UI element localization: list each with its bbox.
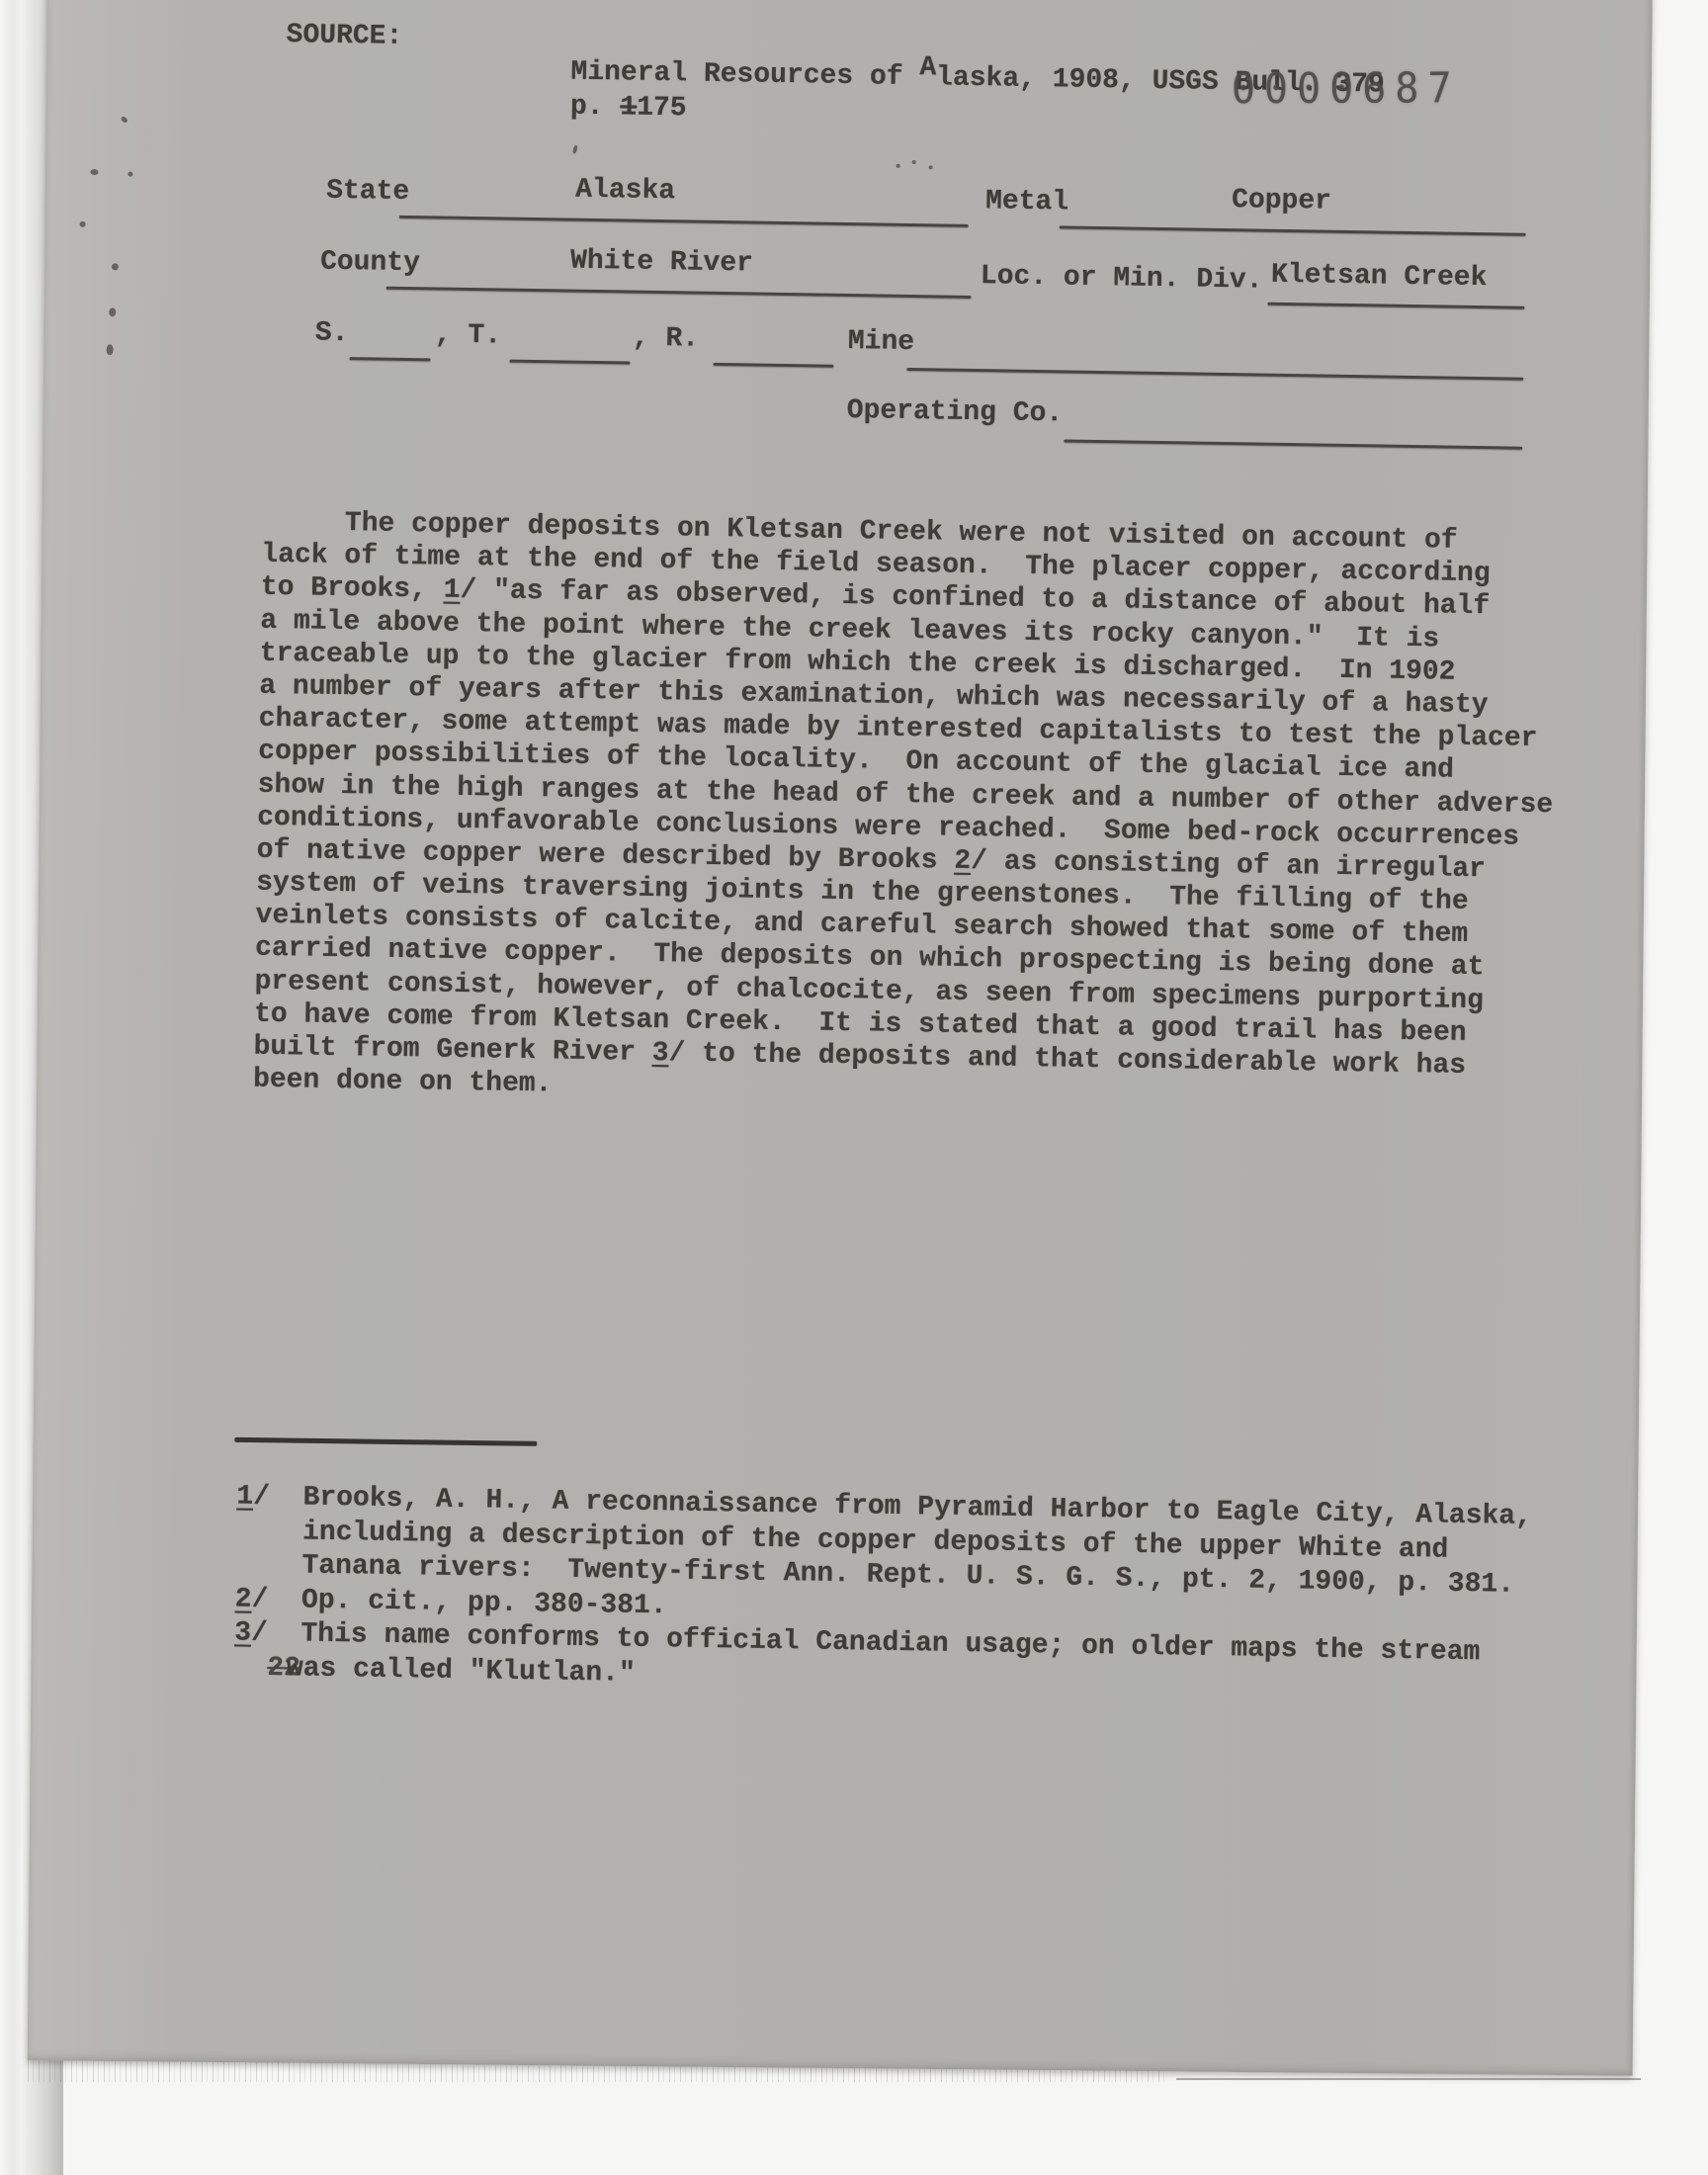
source-page-pre: p. xyxy=(570,92,621,124)
speck xyxy=(897,164,900,168)
footnote-ref: 2 xyxy=(954,846,971,877)
county-field-underline xyxy=(386,287,972,299)
footnote-ref: 1 xyxy=(236,1481,253,1512)
speck xyxy=(929,165,933,169)
footnote-ref: 2 xyxy=(235,1584,252,1614)
document-content: SOURCE: Mineral Resources of Alaska, 190… xyxy=(14,0,1653,2085)
speck xyxy=(80,221,86,227)
section-field-underline xyxy=(349,357,430,361)
source-page-number: 175 xyxy=(637,93,687,125)
township-field-underline xyxy=(509,360,630,365)
text-segment xyxy=(233,1652,267,1684)
mine-field-label: Mine xyxy=(848,325,915,359)
text-segment: been done on them. xyxy=(253,1065,553,1100)
document-card: SOURCE: Mineral Resources of Alaska, 190… xyxy=(28,0,1654,2076)
scanned-document-page: SOURCE: Mineral Resources of Alaska, 190… xyxy=(0,0,1708,2175)
location-div-field-value: Kletsan Creek xyxy=(1271,259,1488,295)
serial-number-stamp: 0000687 xyxy=(1232,64,1461,114)
source-page-line: p. 1175 xyxy=(437,55,688,157)
location-div-field-underline xyxy=(1267,303,1524,309)
source-title-raised-a: A xyxy=(919,53,936,84)
metal-field-label: Metal xyxy=(985,185,1069,218)
speck xyxy=(90,169,98,175)
operating-co-field-underline xyxy=(1064,439,1522,449)
speck xyxy=(109,307,116,316)
section-field-label: S. xyxy=(315,317,349,351)
range-field-underline xyxy=(713,363,833,368)
county-field-label: County xyxy=(320,246,420,281)
operating-co-field-label: Operating Co. xyxy=(846,394,1063,430)
state-field-underline xyxy=(399,216,969,227)
footnote-divider-rule xyxy=(234,1437,537,1446)
township-field-label: , T. xyxy=(435,318,502,352)
text-segment: to Brooks, xyxy=(261,572,444,606)
text-segment: built from Generk River xyxy=(253,1032,652,1069)
source-page-struck-digit: 1 xyxy=(620,92,637,123)
mine-field-underline xyxy=(906,368,1523,381)
footnotes-block: 1/ Brooks, A. H., A reconnaissance from … xyxy=(233,1480,1532,1705)
footnote-ref: 3 xyxy=(234,1618,251,1649)
footnote-ref: 1 xyxy=(443,575,460,606)
speck xyxy=(120,116,128,124)
state-field-value: Alaska xyxy=(575,174,675,209)
source-label: SOURCE: xyxy=(286,19,402,53)
county-field-value: White River xyxy=(570,245,753,281)
speck xyxy=(112,263,119,270)
footnote-ref: 3 xyxy=(652,1038,669,1069)
text-segment: / Op. cit., pp. 380-381. xyxy=(251,1584,667,1621)
text-segment: 22 xyxy=(267,1653,300,1685)
speck xyxy=(912,160,916,164)
speck xyxy=(128,172,132,177)
location-div-field-label: Loc. or Min. Div. xyxy=(981,260,1263,297)
metal-field-value: Copper xyxy=(1232,184,1331,218)
state-field-label: State xyxy=(326,175,410,209)
text-segment: was called "Klutlan." xyxy=(287,1653,636,1690)
speck xyxy=(107,344,114,355)
range-field-label: , R. xyxy=(633,322,700,356)
body-paragraph: The copper deposits on Kletsan Creek wer… xyxy=(253,506,1558,1117)
metal-field-underline xyxy=(1060,225,1526,235)
